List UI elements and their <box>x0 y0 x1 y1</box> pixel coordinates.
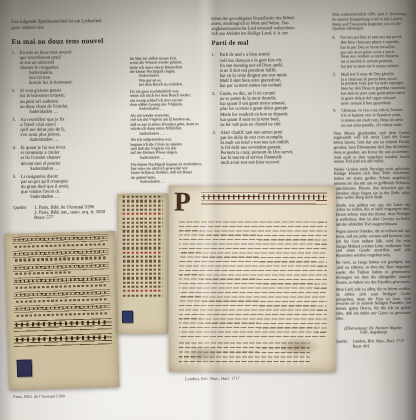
stanza: 4.Pur nos pechiez ki tant nus unt grevéd… <box>332 35 408 69</box>
song1-source: Quelle: 1. Paris, Bibl. de l'Arsenal 519… <box>13 205 127 221</box>
manuscript-text-row <box>123 294 163 296</box>
verse-line: kar par sa mort est le muns rachaté. <box>341 64 409 70</box>
manuscript-text-row <box>15 271 72 275</box>
paragraph: Mein Lied, eile zu allen, die es hören w… <box>335 287 411 321</box>
caption-left-manuscript: Paris, Bibl. de l'Arsenal 5198 <box>13 394 65 400</box>
manuscript-text-row <box>123 273 163 275</box>
stanza: 3.Alas! chaitif, tant nus sumes penépur … <box>212 129 329 166</box>
scanned-booklet-page: Das folgende Spielmannslied ist ein Lieb… <box>0 0 416 420</box>
stanza-number: 1. <box>12 51 16 56</box>
text-line: Quellen nahelegen. <box>332 26 408 32</box>
song2-source: Quelle: London, Brit. Mus., Harl. 1717Ra… <box>336 339 412 349</box>
refrain-line: Saderaladon … <box>21 194 127 200</box>
manuscript-text-row <box>15 257 107 262</box>
song2-german-translation: Vom Bösen geschieden und dem Guten zugew… <box>333 130 411 321</box>
song1-title: En mai au douz tens nouvel <box>11 37 125 43</box>
illuminated-initial <box>122 311 133 323</box>
verse-line: mult avrat tost sun loier recovré. <box>221 159 330 165</box>
song2-title: Parti de mal <box>211 40 328 46</box>
music-staff <box>201 192 327 204</box>
manuscript-text-row <box>123 209 163 211</box>
source-label: Quelle: <box>336 340 348 345</box>
source-lines: 1. Paris, Bibl. de l'Arsenal 51982. Pari… <box>34 205 127 221</box>
text-line: Razo: 577 <box>34 215 127 221</box>
music-staff <box>13 262 109 272</box>
stanza-number: 3. <box>212 130 216 135</box>
manuscript-text-row <box>123 281 163 283</box>
stanza: 4.Et quant je fui sus levezsi commenz a … <box>13 145 127 172</box>
manuscript-photo-music-staves <box>5 231 119 390</box>
source-lines: London, Brit. Mus., Harl. 1717Razo: 401 <box>353 339 412 349</box>
manuscript-text-row <box>123 251 163 253</box>
verse-line: kar par sa mort sumes tuz rachaté. <box>220 82 329 88</box>
paragraph: Vom Bösen geschieden und dem Guten zugew… <box>333 130 409 164</box>
refrain-line: Saderaladon … <box>20 137 126 143</box>
manuscript-initial-letter: P <box>174 188 191 215</box>
stanza: 2.Si com g'estoie pensislez le buissonet… <box>12 88 126 115</box>
caption-right-manuscript: London, Brit. Mus., Harl. 1717 <box>185 376 240 382</box>
text-line: lich zur Abfahrt ins Heilige Land, d. h.… <box>211 30 328 36</box>
stanza: 3.Au resveillier que je fisa l'oisel cri… <box>12 117 126 144</box>
stanza-number: 5. <box>333 72 336 77</box>
stanza-number: 3. <box>12 118 16 123</box>
stanza-number: 5. <box>13 175 17 180</box>
stain <box>276 336 322 358</box>
manuscript-text-row <box>123 204 163 206</box>
paragraph: Weder Grafen noch Herzöge noch gekrönte … <box>334 166 410 200</box>
manuscript-text-row <box>16 312 108 317</box>
text-line: ganz anderer Art. <box>11 25 125 32</box>
right-column: Zeit, wahrscheinlich 1189, zum 3. Kreuzz… <box>332 12 412 349</box>
stanza-number: 4. <box>13 146 17 151</box>
stanza-number: 4. <box>332 36 335 41</box>
song2-stanzas-1-3: 1.Parti de mal e a bien aturnévoil ma ch… <box>212 51 330 165</box>
manuscript-text-row <box>16 284 108 289</box>
manuscript-text-row <box>14 243 106 248</box>
song2-intro-continued: Zeit, wahrscheinlich 1189, zum 3. Kreuzz… <box>332 12 408 32</box>
stanza-number: 2. <box>12 89 16 94</box>
stanza: 1.Parti de mal e a bien aturnévoil ma ch… <box>212 51 329 88</box>
manuscript-text-row <box>123 286 163 288</box>
stanza-number: 1. <box>212 52 216 57</box>
stanza-number: 6. <box>333 109 336 114</box>
song1-intro: Das folgende Spielmannslied ist ein Lieb… <box>11 19 125 32</box>
refrain-line: Saderaladon … <box>20 109 126 115</box>
source-label: Quelle: <box>13 206 27 211</box>
manuscript-text-row <box>123 260 163 262</box>
manuscript-text-row <box>123 247 163 249</box>
manuscript-text-row <box>123 226 163 228</box>
manuscript-text-row <box>123 230 163 232</box>
manuscript-text-texture <box>179 221 327 339</box>
refrain-line: dormir lez le buissonet. <box>20 80 126 86</box>
music-staff-large <box>14 318 112 332</box>
verse-line: en sun seint paradis, s'il volent venir. <box>341 123 409 129</box>
refrain-line: Saderaladon … <box>21 166 127 172</box>
manuscript-text-row <box>123 213 163 215</box>
stanza: 1.En mai au douz tens nouvelque raverdis… <box>12 50 126 87</box>
manuscript-photo-text-column <box>118 194 168 334</box>
stanza: 5.Li rosignolez disoit:par un poi qu'il … <box>13 174 127 201</box>
manuscript-text-row <box>16 298 108 303</box>
manuscript-text-row <box>123 200 163 202</box>
song2-intro: Eines der gewaltigsten Kreuzlieder des M… <box>211 15 328 37</box>
refrain-line: Saderaladon … <box>131 179 239 184</box>
verse-line: iloec serrunt li bon gueredoné. <box>341 100 409 106</box>
stanza: 2.Cunte, ne duc, ne li rei corunéne se p… <box>212 90 329 127</box>
manuscript-text-row <box>123 217 163 219</box>
manuscript-text-row <box>123 239 163 241</box>
paragraph: Bei Gott, zu lange haben wir gezögert, d… <box>335 260 411 285</box>
text-line: Razo: 401 <box>353 344 412 349</box>
song1-stanzas: 1.En mai au douz tens nouvelque raverdis… <box>12 50 128 201</box>
manuscript-text-row <box>123 196 163 198</box>
paragraph: Elende, wie mühen wir uns, die Lüste des… <box>334 203 410 228</box>
stanza: 6.Chançun, va t'en a tuz cels ki l'orrun… <box>333 108 409 128</box>
manuscript-text-row <box>123 277 163 279</box>
poem-column-crusade-song: Eines der gewaltigsten Kreuzlieder des M… <box>211 15 330 169</box>
manuscript-photo-harley-1717: P <box>169 185 336 371</box>
stain <box>187 343 221 365</box>
page-content: Das folgende Spielmannslied ist ein Lieb… <box>0 0 416 420</box>
manuscript-text-row <box>123 268 163 270</box>
music-staff-large <box>14 333 112 347</box>
paragraph: Wegen unserer Sünden, die so schwer auf … <box>334 229 410 259</box>
manuscript-text-row <box>123 243 163 245</box>
song2-translation-credit: (Übersetzung: Dr. Norbert Wagner,Univ. A… <box>335 325 411 335</box>
manuscript-text-row <box>123 221 163 223</box>
verse-line: ne lur valt puis ne chastel ne cité. <box>220 120 329 126</box>
manuscript-text-row <box>123 264 163 266</box>
manuscript-text-row <box>123 290 163 292</box>
song2-stanzas-4-6: 4.Pur nos pechiez ki tant nus unt grevéd… <box>332 35 409 128</box>
manuscript-text-row <box>123 256 163 258</box>
stanza: 5.Mult iert li nons de Deu glorifiéla u … <box>333 72 409 106</box>
illuminated-initial <box>17 359 32 376</box>
stanza-number: 2. <box>212 91 216 96</box>
text-line: Univ. Augsburg) <box>335 330 411 336</box>
manuscript-text-row <box>123 234 163 236</box>
poem-column-french: Das folgende Spielmannslied ist ein Lieb… <box>11 19 127 222</box>
